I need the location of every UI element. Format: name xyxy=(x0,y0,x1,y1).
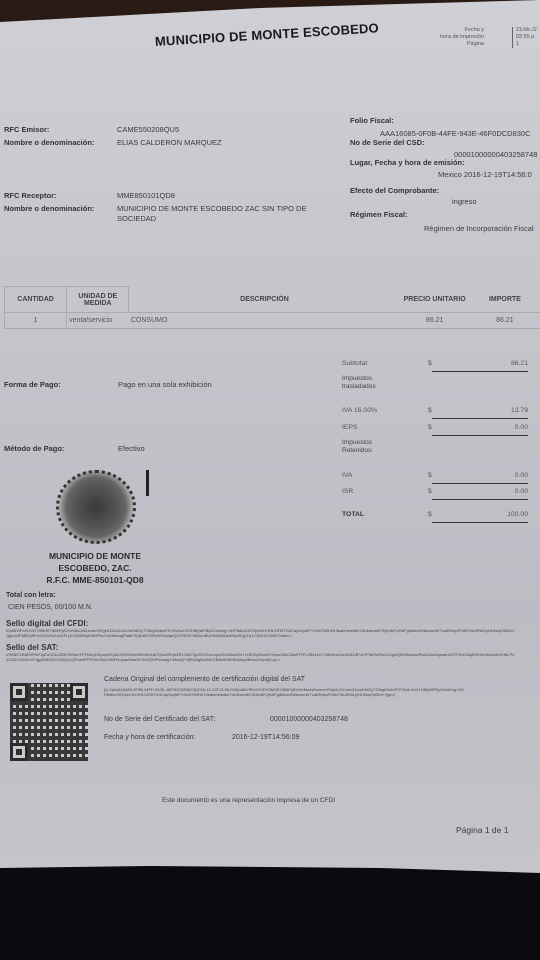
trasladados-label-2: trasladados xyxy=(342,383,376,391)
table-row: 1 venta/servicio CONSUMO 86.21 86.21 xyxy=(5,313,540,329)
cell-importe: 86.21 xyxy=(470,313,540,329)
sello-sat-value: VXMkTXEAE0PNF1yEuCKkUi53VSWumYFFNILyHZpo… xyxy=(6,652,516,677)
ieps-label: IEPS xyxy=(342,424,358,431)
metodo-pago-label: Método de Pago: xyxy=(4,444,64,453)
iva-row: IVA 16.00% $ 13.79 xyxy=(340,407,530,419)
col-descripcion: DESCRIPCIÓN xyxy=(129,287,400,313)
seal-line-3: R.F.C. MME-850101-QD8 xyxy=(30,574,160,586)
underline xyxy=(432,499,528,500)
currency-symbol: $ xyxy=(428,360,432,367)
currency-symbol: $ xyxy=(428,488,432,495)
underline xyxy=(432,371,528,372)
receptor-name-line2: SOCIEDAD xyxy=(117,214,156,223)
cell-precio: 86.21 xyxy=(400,313,470,329)
emisor-name-value: ELIAS CALDERON MARQUEZ xyxy=(117,138,222,147)
rfc-emisor-value: CAME550208QU5 xyxy=(117,125,179,134)
print-time-value: 02:55 p xyxy=(516,34,537,41)
cell-descripcion: CONSUMO xyxy=(129,313,400,329)
total-letra-value: CIEN PESOS, 00/100 M.N. xyxy=(8,604,93,611)
items-header-row: CANTIDAD UNIDAD DE MEDIDA DESCRIPCIÓN PR… xyxy=(5,287,540,313)
signature-mark xyxy=(146,470,149,496)
iva-value: 13.79 xyxy=(511,407,528,414)
subtotal-label: Subtotal: xyxy=(342,360,369,367)
currency-symbol: $ xyxy=(428,424,432,431)
folio-fiscal-value: AAA16085-0F0B-44FE-943E-46F0DCD830C xyxy=(380,129,531,138)
seal-text: MUNICIPIO DE MONTE ESCOBEDO, ZAC. R.F.C.… xyxy=(30,550,160,586)
qr-finder xyxy=(10,743,28,761)
issuer-title: MUNICIPIO DE MONTE ESCOBEDO xyxy=(155,20,380,49)
print-page-value: 1 xyxy=(516,41,537,48)
print-time-label: hora de impresión xyxy=(440,34,484,41)
forma-pago-label: Forma de Pago: xyxy=(4,380,61,389)
total-row: TOTAL $ 100.00 xyxy=(340,511,530,523)
retenidos-label-1: Impuestos xyxy=(342,439,373,447)
seal-ring xyxy=(56,470,136,544)
iva-retenido-value: 0.00 xyxy=(515,472,528,479)
iva-retenido-row: IVA $ 0.00 xyxy=(340,472,530,484)
currency-symbol: $ xyxy=(428,472,432,479)
ieps-row: IEPS $ 0.00 xyxy=(340,424,530,436)
retenidos-label: Impuestos Retenidos: xyxy=(342,439,373,455)
col-cantidad: CANTIDAD xyxy=(5,287,67,313)
subtotal-row: Subtotal: $ 86.21 xyxy=(340,360,530,372)
total-letra-label: Total con letra: xyxy=(6,592,56,599)
trasladados-label: Impuestos trasladados xyxy=(342,375,376,391)
print-date-value: 21/dic./2 xyxy=(516,27,537,34)
isr-row: ISR $ 0.00 xyxy=(340,488,530,500)
efecto-value: ingreso xyxy=(452,197,477,206)
qr-finder xyxy=(70,683,88,701)
underline xyxy=(432,483,528,484)
retenidos-label-2: Retenidos: xyxy=(342,447,373,455)
regimen-value: Régimen de Incorporación Fiscal xyxy=(424,224,534,233)
regimen-label: Régimen Fiscal: xyxy=(350,210,408,219)
print-labels: Fecha y hora de impresión Página xyxy=(440,27,484,48)
rfc-emisor-label: RFC Emisor: xyxy=(4,125,49,134)
cadena-label: Cadena Original del complemento de certi… xyxy=(104,676,305,683)
metodo-pago-value: Efectivo xyxy=(118,444,145,453)
seal-line-2: ESCOBEDO, ZAC. xyxy=(30,562,160,574)
cert-fecha-label: Fecha y hora de certificación: xyxy=(104,734,195,741)
isr-value: 0.00 xyxy=(515,488,528,495)
receptor-name-line1: MUNICIPIO DE MONTE ESCOBEDO ZAC SIN TIPO… xyxy=(117,204,306,213)
subtotal-value: 86.21 xyxy=(511,360,528,367)
underline xyxy=(432,435,528,436)
sello-cfdi-value: EpABVIFeXOVDY5MHE7d66PyfDXrKMaJsEuemcVKf… xyxy=(6,628,516,643)
print-page-label: Página xyxy=(440,41,484,48)
print-date-label: Fecha y xyxy=(440,27,484,34)
emision-value: Mexico 2016-12-19T14:56:0 xyxy=(438,170,532,179)
total-value: 100.00 xyxy=(507,511,528,518)
rfc-receptor-value: MME850101QD8 xyxy=(117,191,175,200)
csd-label: No de Serie del CSD: xyxy=(350,138,425,147)
print-values: 21/dic./2 02:55 p 1 xyxy=(512,27,537,48)
sello-sat-label: Sello del SAT: xyxy=(6,643,58,652)
underline xyxy=(432,418,528,419)
receptor-name-label: Nombre o denominación: xyxy=(4,204,94,213)
col-importe: IMPORTE xyxy=(470,287,540,313)
qr-code-icon xyxy=(10,683,88,761)
efecto-label: Efecto del Comprobante: xyxy=(350,186,439,195)
emisor-name-label: Nombre o denominación: xyxy=(4,138,94,147)
items-table: CANTIDAD UNIDAD DE MEDIDA DESCRIPCIÓN PR… xyxy=(4,286,540,329)
emision-label: Lugar, Fecha y hora de emisión: xyxy=(350,158,465,167)
trasladados-label-1: Impuestos xyxy=(342,375,376,383)
underline xyxy=(432,522,528,523)
sello-cfdi-label: Sello digital del CFDI: xyxy=(6,619,88,628)
qr-finder xyxy=(10,683,28,701)
seal-line-1: MUNICIPIO DE MONTE xyxy=(30,550,160,562)
cert-fecha-value: 2016-12-19T14:56:09 xyxy=(232,734,299,741)
footer-note: Este documento es una representación imp… xyxy=(162,797,335,804)
page-number: Página 1 de 1 xyxy=(456,825,508,835)
col-precio: PRECIO UNITARIO xyxy=(400,287,470,313)
forma-pago-value: Pago en una sola exhibición xyxy=(118,380,212,389)
iva-retenido-label: IVA xyxy=(342,472,352,479)
cell-cantidad: 1 xyxy=(5,313,67,329)
currency-symbol: $ xyxy=(428,511,432,518)
isr-label: ISR xyxy=(342,488,353,495)
rfc-receptor-label: RFC Receptor: xyxy=(4,191,57,200)
currency-symbol: $ xyxy=(428,407,432,414)
cert-serie-label: No de Serie del Certificado del SAT: xyxy=(104,716,215,723)
iva-label: IVA 16.00% xyxy=(342,407,377,414)
cert-serie-value: 00001000000403258748 xyxy=(270,716,348,723)
col-unidad: UNIDAD DE MEDIDA xyxy=(67,287,129,313)
cadena-value: ||1.0|AAA16085-0F0B-44FE-943E-46F0DCD830… xyxy=(104,687,466,711)
ieps-value: 0.00 xyxy=(515,424,528,431)
total-label: TOTAL xyxy=(342,511,364,518)
invoice-paper: MUNICIPIO DE MONTE ESCOBEDO Fecha y hora… xyxy=(0,0,540,873)
folio-fiscal-label: Folio Fiscal: xyxy=(350,116,394,125)
csd-value: 00001000000403258748 xyxy=(454,150,537,159)
cell-unidad: venta/servicio xyxy=(67,313,129,329)
